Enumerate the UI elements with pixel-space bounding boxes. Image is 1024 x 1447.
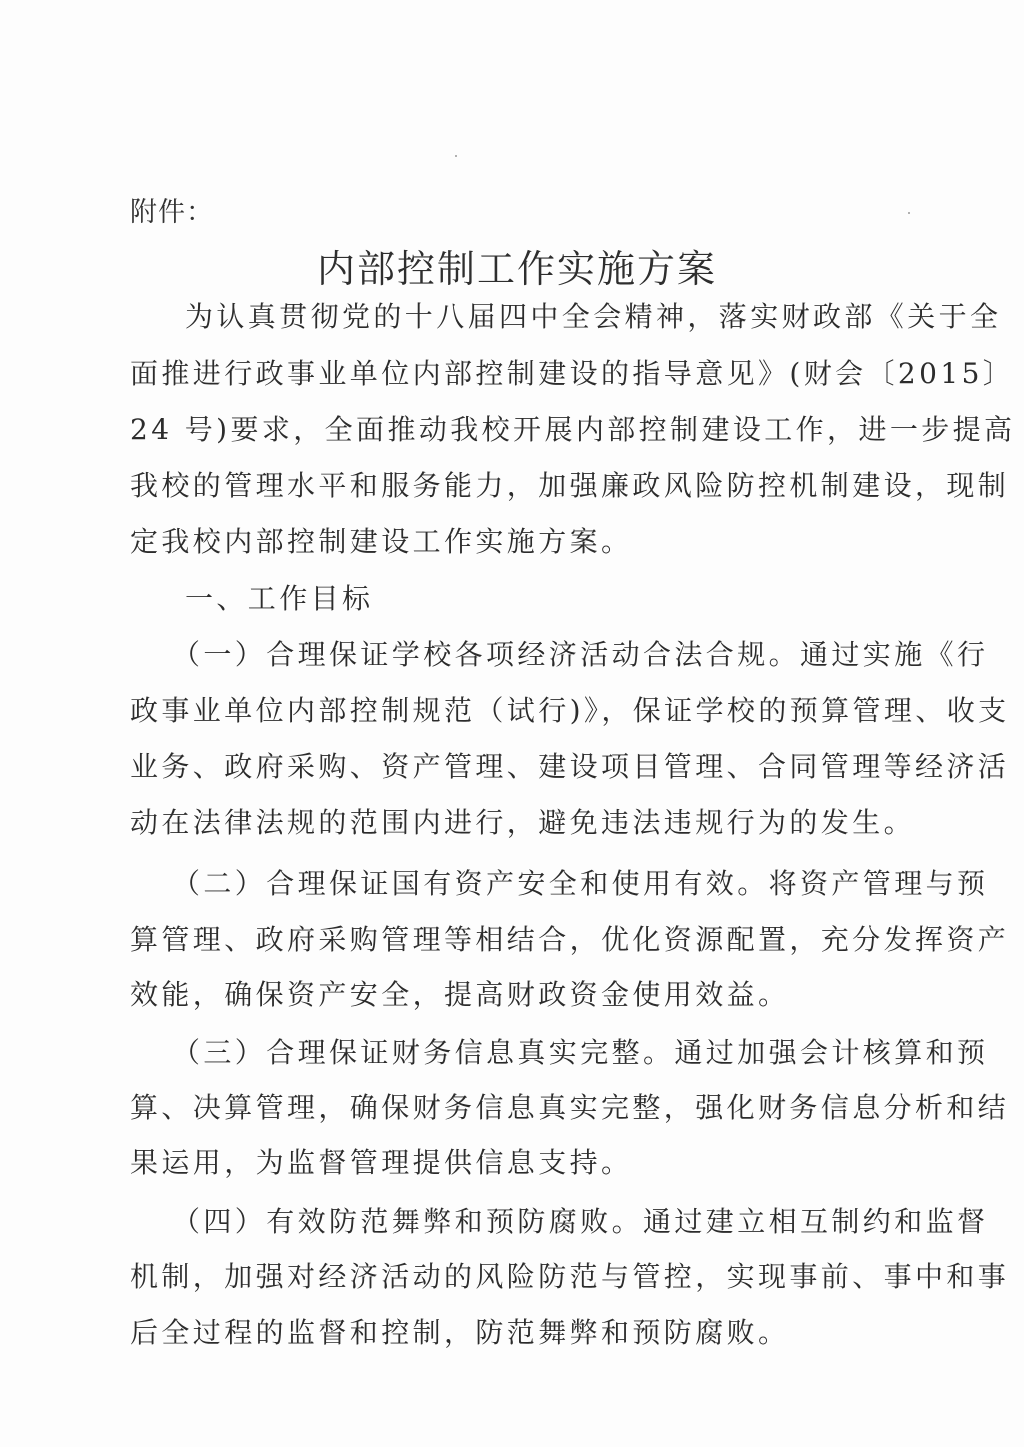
paragraph-line: 算、决算管理，确保财务信息真实完整，强化财务信息分析和结 (130, 1091, 900, 1125)
paragraph-line: 业务、政府采购、资产管理、建设项目管理、合同管理等经济活 (130, 750, 900, 784)
paragraph-line: 效能，确保资产安全，提高财政资金使用效益。 (130, 978, 900, 1012)
paragraph-line: （四）有效防范舞弊和预防腐败。通过建立相互制约和监督 (172, 1205, 900, 1239)
paragraph-line: （三）合理保证财务信息真实完整。通过加强会计核算和预 (172, 1036, 900, 1070)
paragraph-line: 后全过程的监督和控制，防范舞弊和预防腐败。 (130, 1316, 900, 1350)
paragraph-line: 我校的管理水平和服务能力，加强廉政风险防控机制建设，现制 (130, 469, 900, 503)
paragraph-line: 为认真贯彻党的十八届四中全会精神，落实财政部《关于全 (185, 300, 900, 334)
paragraph-line: （一）合理保证学校各项经济活动合法合规。通过实施《行 (172, 638, 900, 672)
paragraph-line: 算管理、政府采购管理等相结合，优化资源配置，充分发挥资产 (130, 923, 900, 957)
scan-speck (455, 155, 457, 157)
document-page: 附件： 内部控制工作实施方案 为认真贯彻党的十八届四中全会精神，落实财政部《关于… (0, 0, 1024, 1447)
paragraph-line: （二）合理保证国有资产安全和使用有效。将资产管理与预 (172, 867, 900, 901)
paragraph-line: 机制，加强对经济活动的风险防范与管控，实现事前、事中和事 (130, 1260, 900, 1294)
scan-speck (908, 212, 910, 214)
paragraph-line: 定我校内部控制建设工作实施方案。 (130, 525, 900, 559)
attachment-label: 附件： (130, 190, 214, 229)
paragraph-line: 政事业单位内部控制规范（试行)》，保证学校的预算管理、收支 (130, 694, 900, 728)
document-title: 内部控制工作实施方案 (0, 238, 1024, 293)
section-heading: 一、工作目标 (185, 582, 373, 616)
paragraph-line: 24 号)要求，全面推动我校开展内部控制建设工作，进一步提高 (130, 413, 900, 447)
paragraph-line: 面推进行政事业单位内部控制建设的指导意见》(财会〔2015〕 (130, 357, 900, 391)
paragraph-line: 动在法律法规的范围内进行，避免违法违规行为的发生。 (130, 806, 900, 840)
paragraph-line: 果运用，为监督管理提供信息支持。 (130, 1146, 900, 1180)
